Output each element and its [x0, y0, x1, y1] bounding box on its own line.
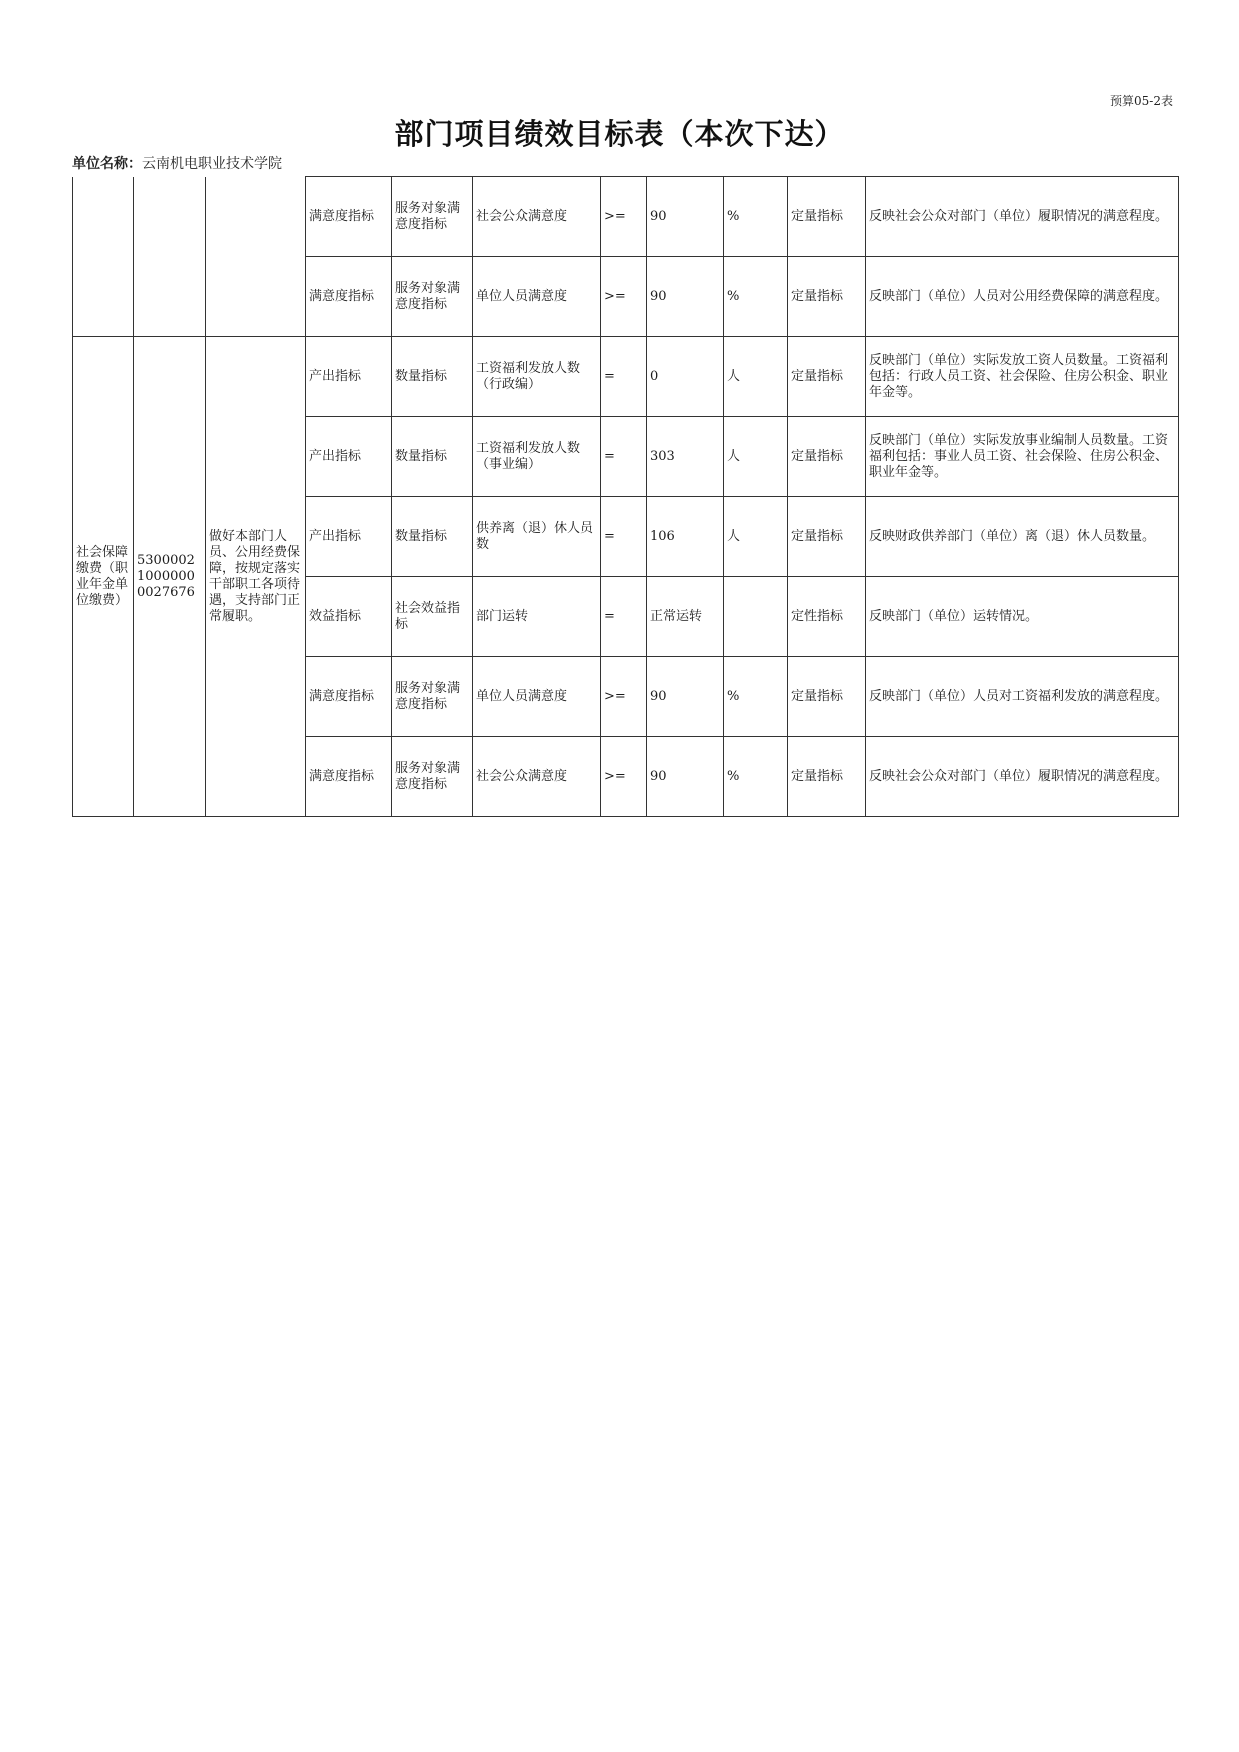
target-value: 正常运转	[647, 577, 724, 657]
level2-indicator: 社会效益指标	[392, 577, 473, 657]
indicator-description: 反映部门（单位）运转情况。	[866, 577, 1179, 657]
level2-indicator: 服务对象满意度指标	[392, 257, 473, 337]
level2-indicator: 数量指标	[392, 497, 473, 577]
target-value: 106	[647, 497, 724, 577]
target-value: 90	[647, 177, 724, 257]
level2-indicator: 服务对象满意度指标	[392, 177, 473, 257]
level1-indicator: 产出指标	[306, 337, 392, 417]
project-goal: 做好本部门人员、公用经费保障，按规定落实干部职工各项待遇，支持部门正常履职。	[206, 337, 306, 817]
operator: =	[601, 417, 647, 497]
indicator-description: 反映部门（单位）实际发放工资人员数量。工资福利包括：行政人员工资、社会保险、住房…	[866, 337, 1179, 417]
target-value: 303	[647, 417, 724, 497]
level2-indicator: 服务对象满意度指标	[392, 657, 473, 737]
measure-unit	[724, 577, 788, 657]
level2-indicator: 数量指标	[392, 417, 473, 497]
performance-table: 满意度指标服务对象满意度指标社会公众满意度>=90%定量指标反映社会公众对部门（…	[72, 176, 1179, 817]
indicator-nature: 定量指标	[788, 657, 866, 737]
target-value: 90	[647, 257, 724, 337]
target-value: 0	[647, 337, 724, 417]
project-goal-continued	[206, 177, 306, 337]
project-code: 530000210000000027676	[134, 337, 206, 817]
indicator-description: 反映部门（单位）实际发放事业编制人员数量。工资福利包括：事业人员工资、社会保险、…	[866, 417, 1179, 497]
level2-indicator: 服务对象满意度指标	[392, 737, 473, 817]
project-name: 社会保障缴费（职业年金单位缴费）	[73, 337, 134, 817]
indicator-description: 反映部门（单位）人员对工资福利发放的满意程度。	[866, 657, 1179, 737]
indicator-nature: 定性指标	[788, 577, 866, 657]
operator: >=	[601, 737, 647, 817]
page-title: 部门项目绩效目标表（本次下达）	[0, 112, 1239, 153]
operator: =	[601, 337, 647, 417]
operator: =	[601, 577, 647, 657]
unit-name: 单位名称：云南机电职业技术学院	[72, 153, 282, 173]
table-row: 社会保障缴费（职业年金单位缴费）530000210000000027676做好本…	[73, 337, 1179, 417]
indicator-description: 反映社会公众对部门（单位）履职情况的满意程度。	[866, 177, 1179, 257]
indicator-name: 单位人员满意度	[473, 257, 601, 337]
measure-unit: %	[724, 177, 788, 257]
indicator-nature: 定量指标	[788, 177, 866, 257]
target-value: 90	[647, 737, 724, 817]
level1-indicator: 满意度指标	[306, 177, 392, 257]
indicator-name: 工资福利发放人数（事业编）	[473, 417, 601, 497]
indicator-name: 单位人员满意度	[473, 657, 601, 737]
indicator-name: 社会公众满意度	[473, 177, 601, 257]
unit-name-value: 云南机电职业技术学院	[142, 156, 282, 172]
target-value: 90	[647, 657, 724, 737]
measure-unit: %	[724, 657, 788, 737]
indicator-name: 供养离（退）休人员数	[473, 497, 601, 577]
level1-indicator: 效益指标	[306, 577, 392, 657]
measure-unit: 人	[724, 497, 788, 577]
indicator-nature: 定量指标	[788, 257, 866, 337]
indicator-nature: 定量指标	[788, 337, 866, 417]
operator: >=	[601, 177, 647, 257]
level1-indicator: 满意度指标	[306, 257, 392, 337]
measure-unit: 人	[724, 417, 788, 497]
indicator-nature: 定量指标	[788, 497, 866, 577]
form-code: 预算05-2表	[1110, 92, 1173, 109]
unit-name-label: 单位名称：	[72, 156, 142, 172]
indicator-nature: 定量指标	[788, 417, 866, 497]
operator: >=	[601, 657, 647, 737]
measure-unit: 人	[724, 337, 788, 417]
level1-indicator: 满意度指标	[306, 737, 392, 817]
measure-unit: %	[724, 257, 788, 337]
table-row: 满意度指标服务对象满意度指标社会公众满意度>=90%定量指标反映社会公众对部门（…	[73, 177, 1179, 257]
indicator-nature: 定量指标	[788, 737, 866, 817]
level2-indicator: 数量指标	[392, 337, 473, 417]
operator: =	[601, 497, 647, 577]
indicator-description: 反映社会公众对部门（单位）履职情况的满意程度。	[866, 737, 1179, 817]
level1-indicator: 产出指标	[306, 417, 392, 497]
indicator-name: 社会公众满意度	[473, 737, 601, 817]
operator: >=	[601, 257, 647, 337]
indicator-name: 部门运转	[473, 577, 601, 657]
project-code-continued	[134, 177, 206, 337]
indicator-description: 反映财政供养部门（单位）离（退）休人员数量。	[866, 497, 1179, 577]
level1-indicator: 产出指标	[306, 497, 392, 577]
indicator-description: 反映部门（单位）人员对公用经费保障的满意程度。	[866, 257, 1179, 337]
level1-indicator: 满意度指标	[306, 657, 392, 737]
measure-unit: %	[724, 737, 788, 817]
project-name-continued	[73, 177, 134, 337]
indicator-name: 工资福利发放人数（行政编）	[473, 337, 601, 417]
